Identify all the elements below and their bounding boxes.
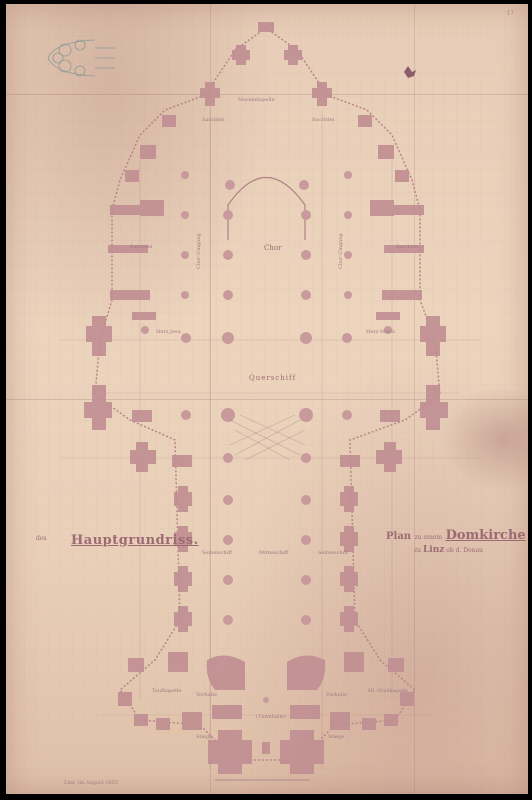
drawing-sheet: Marienkapelle Sacristei Sacristei Chor C… — [6, 4, 528, 794]
label-nave-right: Seitenschiff — [318, 550, 348, 556]
subheading-prefix: zu — [414, 547, 421, 554]
label-nave-center: Mittelschiff — [259, 550, 288, 556]
label-choir-aisle-left: Chor-Umgang — [196, 233, 202, 269]
label-stairs-bottom-left: Stiege — [196, 734, 212, 740]
sheet-number: 17 — [506, 10, 514, 17]
label-choir-aisle-right: Chor-Umgang — [338, 233, 344, 269]
subheading-city: Linz — [423, 545, 444, 555]
plan-subheading: zu Linz ob d. Donau — [414, 545, 483, 555]
heading-domkirche: Domkirche — [446, 528, 526, 543]
plan-title: Hauptgrundriss. — [71, 533, 199, 548]
label-signature: Linz, im August 1855 — [64, 780, 118, 786]
label-room-right: Sacristei — [396, 244, 418, 250]
label-sacristy-top-left: Sacristei — [202, 117, 224, 123]
label-entrance: (Turmhalle) — [256, 714, 286, 720]
label-vestibule-left: Vorhalle — [196, 692, 217, 698]
label-chapel-top: Marienkapelle — [238, 97, 275, 103]
heading-plan: Plan — [386, 531, 411, 542]
label-room-left: Sacristei — [130, 244, 152, 250]
title-prefix: des — [36, 535, 46, 542]
label-transept: Querschiff — [249, 374, 296, 382]
label-nave-left: Seitenschiff — [202, 550, 232, 556]
label-chapel-bottom-left: Taufkapelle — [152, 688, 181, 694]
label-vestibule-right: Vorhalle — [326, 692, 347, 698]
label-stairs-bottom-right: Stiege — [328, 734, 344, 740]
subheading-suffix: ob d. Donau — [446, 547, 483, 554]
heading-mid: zu einem — [415, 534, 443, 541]
cathedral-floor-plan — [6, 4, 528, 794]
label-stair-right: Herz Mariä — [366, 329, 395, 335]
label-stair-left: Herz Jesu — [156, 329, 181, 335]
label-sacristy-top-right: Sacristei — [312, 117, 334, 123]
label-chapel-bottom-right: Hl. Grabkapelle — [368, 688, 408, 694]
label-choir: Chor — [264, 244, 281, 252]
plan-heading: Plan zu einem Domkirche — [386, 528, 526, 543]
